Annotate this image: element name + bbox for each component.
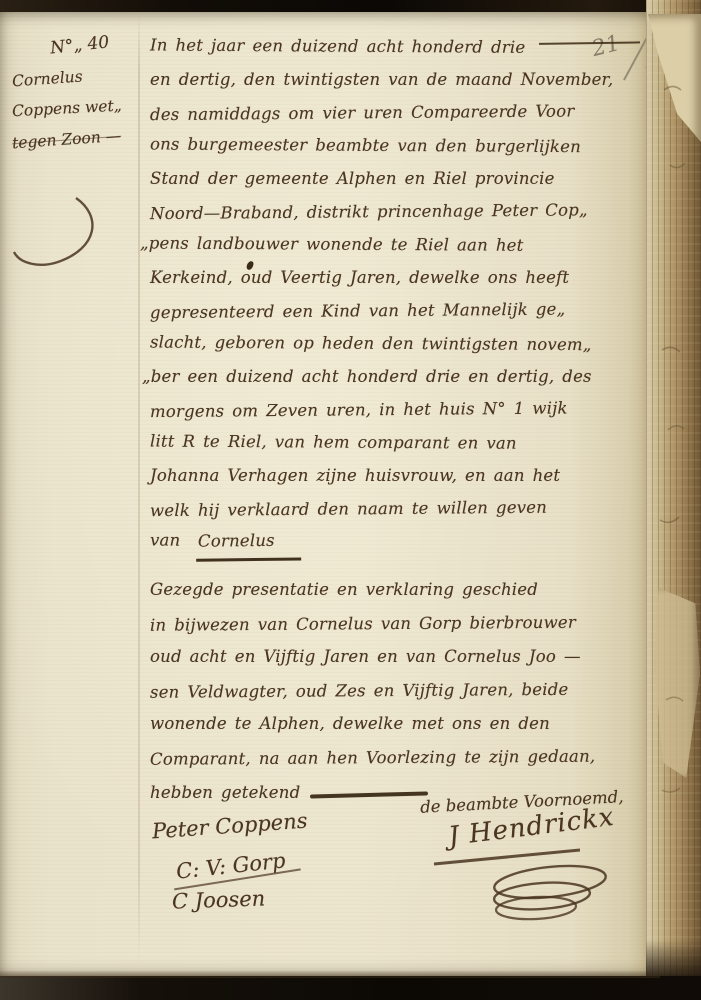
child-name-line: van Cornelus	[150, 523, 642, 559]
act-line: Noord—Braband, distrikt princenhage Pete…	[150, 193, 642, 230]
act-text: In het jaar een duizend acht honderd dri…	[150, 30, 642, 809]
act-line: in bijwezen van Cornelus van Gorp bierbr…	[150, 605, 642, 642]
act-line: des namiddags om vier uren Compareerde V…	[150, 94, 642, 131]
act-line: „ber een duizend acht honderd drie en de…	[142, 360, 642, 393]
act-line: Comparant, na aan hen Voorlezing te zijn…	[150, 739, 642, 776]
act-line: Johanna Verhagen zijne huisvrouw, en aan…	[150, 459, 642, 492]
act-line: gepresenteerd een Kind van het Mannelijk…	[150, 292, 642, 329]
act-line: slacht, geboren op heden den twintigsten…	[150, 325, 642, 361]
signature-paraph-loops	[430, 820, 650, 930]
filler-rule	[539, 41, 640, 44]
act-line: oud acht en Vijftig Jaren en van Cornelu…	[150, 640, 642, 674]
margin-flourish-swash	[6, 190, 116, 290]
signature-witness-2: C Joosen	[172, 886, 266, 913]
act-paragraph-1: In het jaar een duizend acht honderd dri…	[150, 30, 642, 558]
act-line: wonende te Alphen, dewelke met ons en de…	[150, 707, 642, 741]
act-line: en dertig, den twintigsten van de maand …	[150, 63, 642, 96]
act-line: Gezegde presentatie en verklaring geschi…	[150, 573, 642, 607]
record-number: N°„ 40	[49, 30, 137, 59]
act-line: litt R te Riel, van hem comparant en van	[150, 424, 642, 460]
edge-bleedthrough-marks	[646, 0, 701, 1000]
signature-father: Peter Coppens	[151, 809, 308, 844]
act-line: sen Veldwagter, oud Zes en Vijftig Jaren…	[150, 672, 642, 709]
act-line: „pens landbouwer wonende te Riel aan het	[140, 226, 642, 262]
page-edges-right	[646, 0, 701, 1000]
act-line: Stand der gemeente Alphen en Riel provin…	[150, 162, 642, 195]
act-line: Kerkeind, oud Veertig Jaren, dewelke ons…	[150, 261, 642, 294]
act-line: In het jaar een duizend acht honderd dri…	[150, 28, 642, 64]
closing-left-text: hebben getekend	[150, 776, 300, 809]
act-line: welk hij verklaard den naam te willen ge…	[150, 490, 642, 527]
book-edge-bottom	[0, 976, 701, 1000]
register-page: 21 N°„ 40 Cornelus Coppens wet„ tegen Zo…	[0, 12, 648, 978]
signature-witness-1: C: V: Gorp	[175, 848, 286, 883]
margin-annotation: N°„ 40 Cornelus Coppens wet„ tegen Zoon …	[12, 34, 136, 155]
child-name-underlined: Cornelus	[196, 524, 301, 562]
act-line: morgens om Zeven uren, in het huis N° 1 …	[150, 391, 642, 428]
margin-rule-line	[138, 12, 140, 964]
scanned-register-photo: 21 N°„ 40 Cornelus Coppens wet„ tegen Zo…	[0, 0, 701, 1000]
act-paragraph-2: Gezegde presentatie en verklaring geschi…	[150, 573, 642, 774]
closing-dash-stroke	[310, 791, 428, 798]
act-line: ons burgemeester beambte van den burgerl…	[150, 127, 642, 163]
